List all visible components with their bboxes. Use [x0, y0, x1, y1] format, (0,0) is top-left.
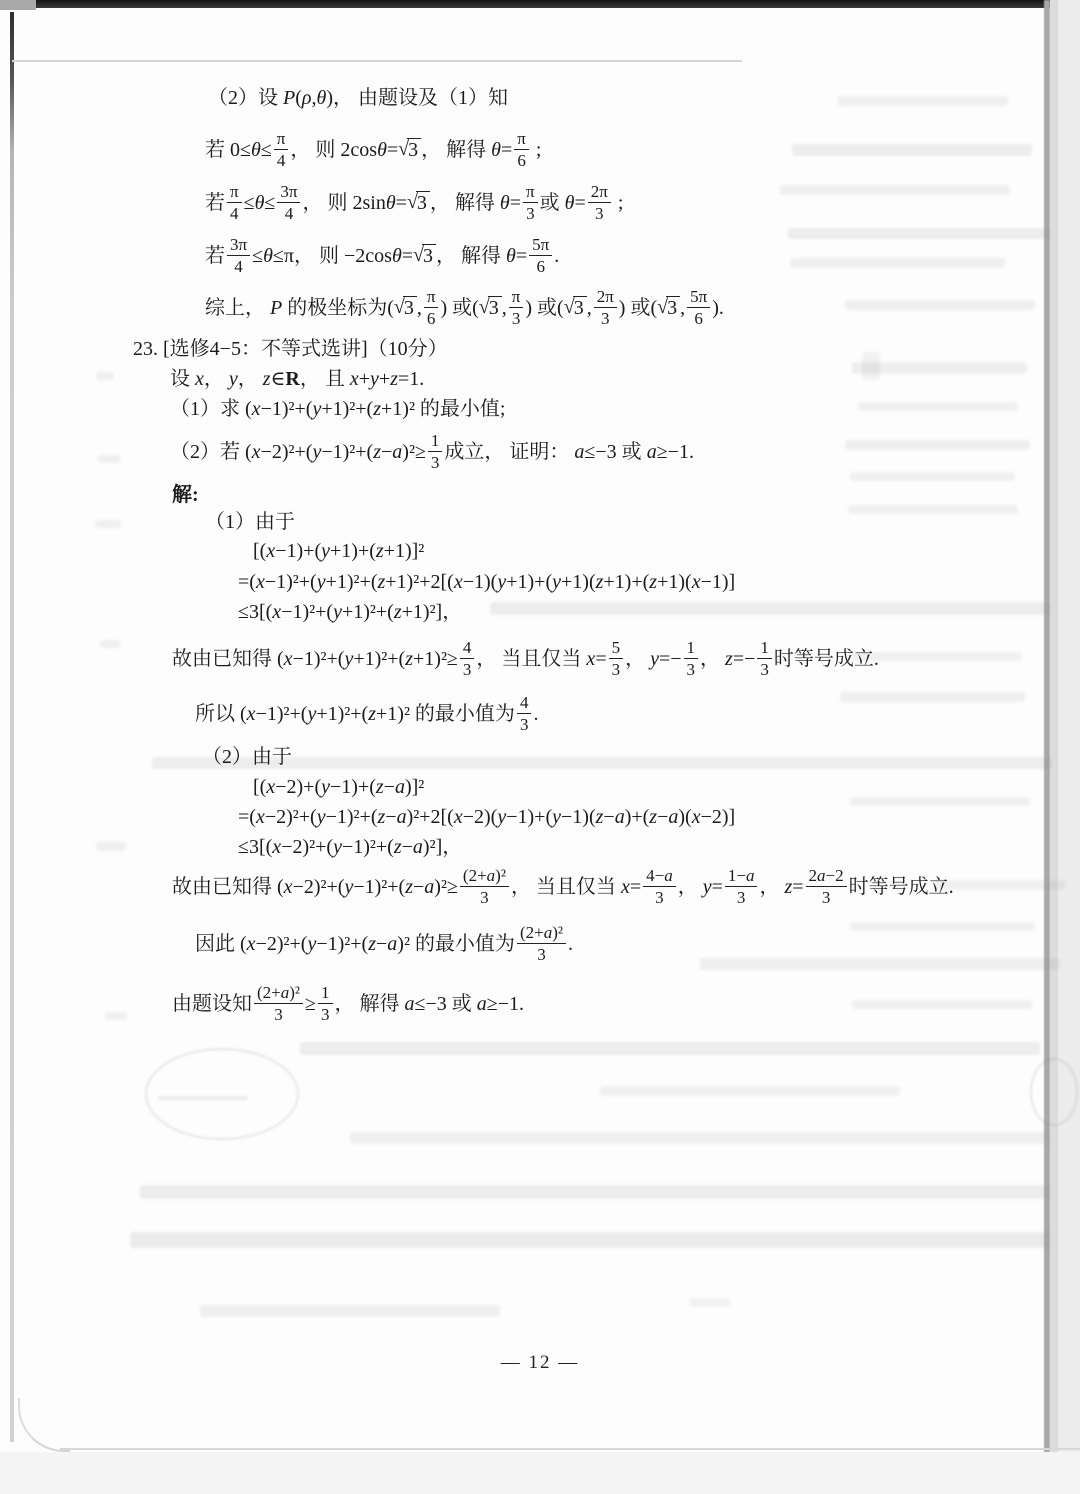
- bleed-through-figure-ghost: [1030, 1058, 1078, 1126]
- final-conclusion-line: 由题设知(2+a)²3≥13， 解得 a≤−3 或 a≥−1.: [172, 985, 524, 1026]
- bleed-through-line: [838, 96, 1008, 106]
- part2-min-value-line: 因此 (x−2)²+(y−1)²+(z−a)² 的最小值为(2+a)²3.: [195, 925, 573, 966]
- page-number: — 12 —: [0, 1352, 1080, 1374]
- bleed-through-mark: [98, 455, 120, 463]
- bleed-through-mark: [100, 640, 120, 648]
- theta-case-3-line: 若3π4≤θ≤π， 则 −2cosθ=√3， 解得 θ=5π6.: [205, 237, 559, 278]
- bleed-through-line: [840, 692, 1025, 702]
- bleed-through-line: [852, 362, 1027, 374]
- part2-setup-line: （2）设 P(ρ,θ)， 由题设及（1）知: [208, 86, 508, 111]
- bleed-through-line: [845, 300, 1035, 310]
- problem-23-heading: 23. [选修4−5：不等式选讲]（10分）: [133, 337, 448, 362]
- bleed-through-mark: [96, 372, 114, 380]
- bleed-through-line: [848, 505, 1018, 514]
- bleed-through-line: [600, 1086, 900, 1096]
- bleed-through-mark: [690, 1298, 730, 1307]
- bleed-through-line: [300, 1042, 1040, 1055]
- part2-inequality-line: 故由已知得 (x−2)²+(y−1)²+(z−a)²≥(2+a)²3， 当且仅当…: [172, 868, 954, 909]
- bleed-through-mark: [862, 352, 880, 380]
- bleed-through-line: [350, 1132, 1050, 1144]
- scan-left-edge-shadow: [10, 12, 14, 1442]
- given-condition-line: 设 x， y， z∈R， 且 x+y+z=1.: [170, 367, 424, 392]
- bleed-through-line: [200, 1305, 500, 1317]
- bleed-through-line: [788, 228, 1050, 239]
- bleed-through-mark: [95, 520, 121, 528]
- bleed-through-line: [790, 258, 1005, 268]
- part2-question-line: （2）若 (x−2)²+(y−1)²+(z−a)²≥13成立， 证明： a≤−3…: [170, 433, 694, 474]
- bleed-through-line: [850, 797, 1030, 806]
- bleed-through-line: [852, 1000, 1032, 1009]
- scan-bottom-left-corner: [18, 1398, 70, 1452]
- part1-bound-line: ≤3[(x−1)²+(y+1)²+(z+1)²]，: [238, 600, 462, 625]
- part1-label-line: （1）由于: [205, 510, 295, 535]
- bleed-through-line: [792, 144, 1032, 156]
- scan-bottom-margin: [0, 1452, 1080, 1494]
- scan-right-edge-shadow: [1044, 0, 1050, 1494]
- bleed-through-line: [858, 402, 1018, 411]
- bleed-through-figure-ghost: [145, 1048, 299, 1140]
- scanned-exam-page: （2）设 P(ρ,θ)， 由题设及（1）知 若 0≤θ≤π4， 则 2cosθ=…: [0, 0, 1080, 1494]
- scan-right-margin: [1058, 0, 1080, 1494]
- bleed-through-line: [935, 880, 1065, 890]
- bleed-through-figure-line: [158, 1096, 248, 1100]
- part1-conclusion-line: 所以 (x−1)²+(y+1)²+(z+1)² 的最小值为43.: [195, 695, 538, 736]
- scan-top-edge-shadow: [36, 0, 1080, 8]
- theta-case-2-line: 若π4≤θ≤3π4， 则 2sinθ=√3， 解得 θ=π3或 θ=2π3 ;: [205, 184, 623, 225]
- bleed-through-line: [780, 185, 1010, 195]
- bleed-through-line: [130, 1232, 1050, 1248]
- scan-right-edge-band: [1050, 0, 1058, 1494]
- part1-question-line: （1）求 (x−1)²+(y+1)²+(z+1)² 的最小值;: [170, 397, 506, 422]
- part1-inequality-line: 故由已知得 (x−1)²+(y+1)²+(z+1)²≥43， 当且仅当 x=53…: [172, 640, 879, 681]
- bleed-through-mark: [96, 842, 126, 851]
- part2-lhs-line: [(x−2)+(y−1)+(z−a)]²: [253, 775, 424, 800]
- polar-conclusion-line: 综上， P 的极坐标为(√3,π6) 或(√3,π3) 或(√3,2π3) 或(…: [205, 289, 724, 330]
- part2-label-line: （2）由于: [202, 745, 292, 770]
- bleed-through-line: [850, 472, 1015, 481]
- bleed-through-line: [490, 602, 1050, 615]
- bleed-through-line: [850, 922, 1035, 931]
- scan-top-left-notch: [0, 0, 36, 10]
- bleed-through-mark: [105, 1012, 127, 1020]
- bleed-through-line: [845, 440, 1030, 450]
- part2-expanded-line: =(x−2)²+(y−1)²+(z−a)²+2[(x−2)(y−1)+(y−1)…: [238, 805, 735, 830]
- theta-case-1-line: 若 0≤θ≤π4， 则 2cosθ=√3， 解得 θ=π6 ;: [205, 131, 541, 172]
- bleed-through-line: [140, 1185, 1050, 1199]
- part2-bound-line: ≤3[(x−2)²+(y−1)²+(z−a)²]，: [238, 835, 462, 860]
- part1-expanded-line: =(x−1)²+(y+1)²+(z+1)²+2[(x−1)(y+1)+(y+1)…: [238, 570, 735, 595]
- bleed-through-line: [700, 958, 1060, 970]
- solution-label: 解:: [172, 483, 199, 508]
- scan-bottom-edge-line: [60, 1448, 1080, 1450]
- part1-lhs-line: [(x−1)+(y+1)+(z+1)]²: [253, 539, 424, 564]
- scan-artifact-line: [12, 60, 742, 62]
